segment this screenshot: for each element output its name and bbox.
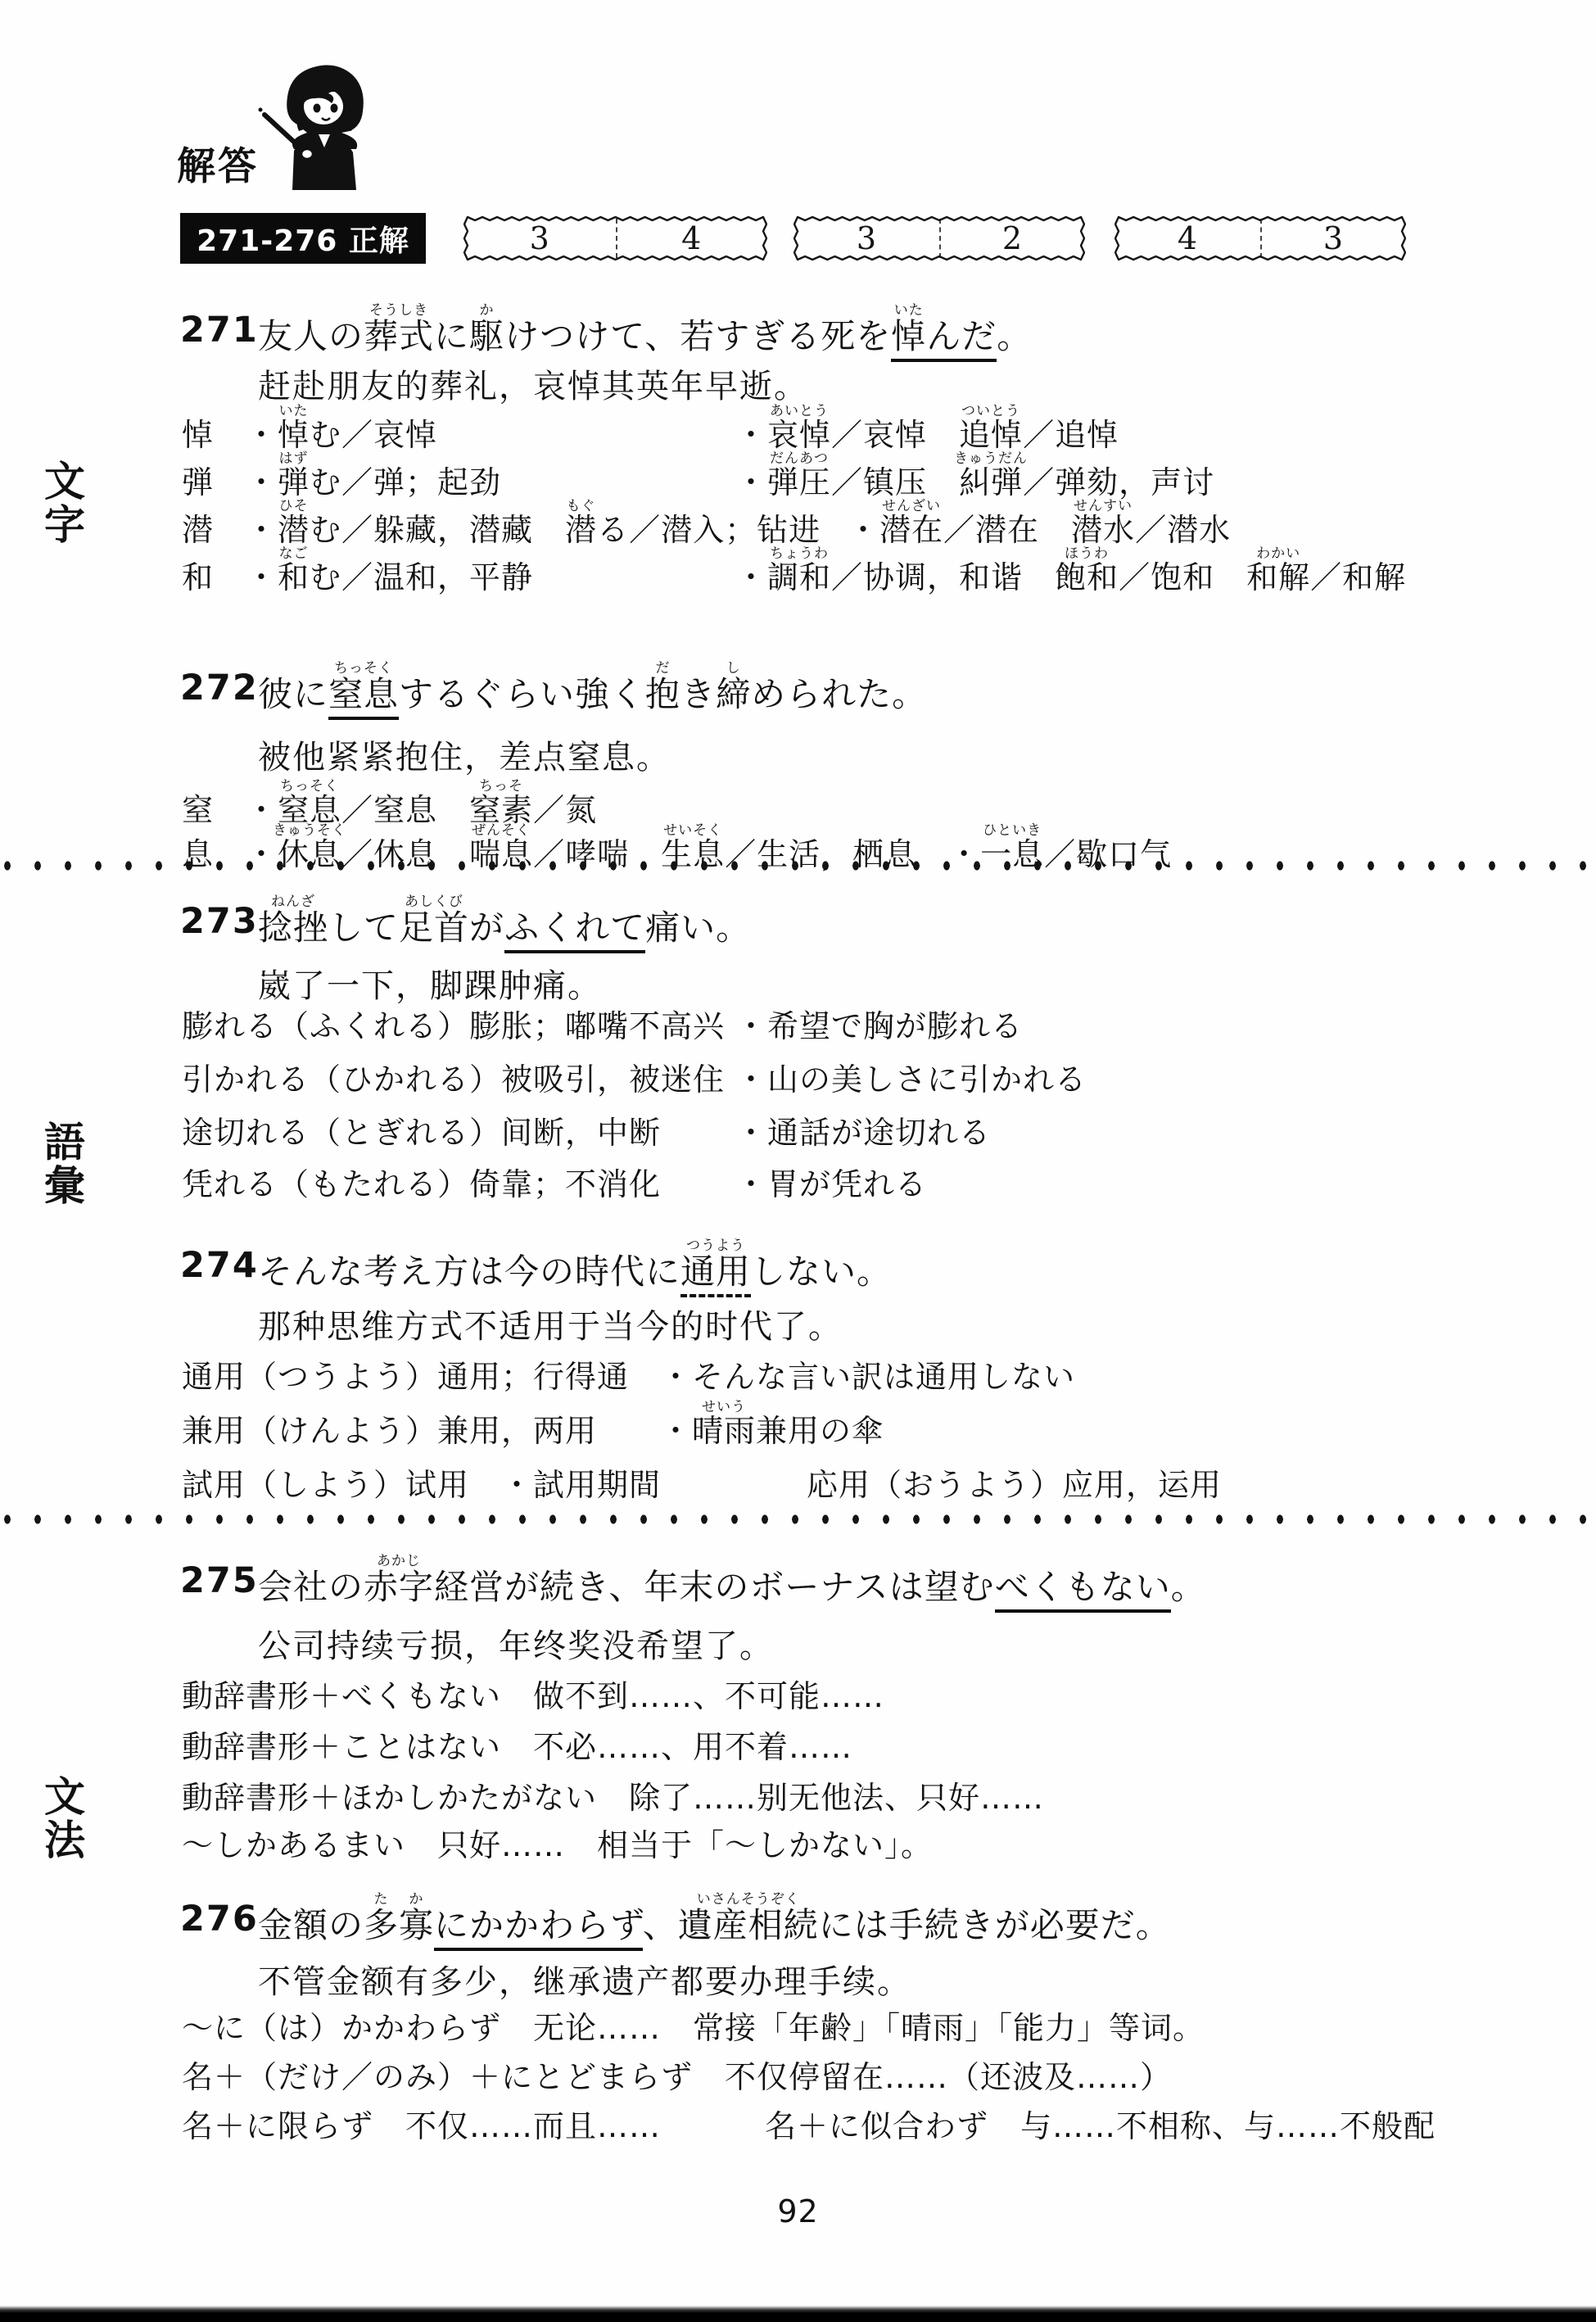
vocab-col: 兼用（けんよう）兼用，两用	[182, 1405, 597, 1451]
scanned-textbook-page: 解答 271-276 正解 3 4 3 2 4 3	[0, 0, 1596, 2322]
sidebar-label-vocabulary: 語彙	[41, 1121, 88, 1208]
answer-cell-divider	[939, 219, 941, 258]
question-sentence: そんな考え方は今の時代に通用つうようしない。	[258, 1245, 892, 1294]
answer-value-271: 3	[463, 213, 616, 264]
translation-272: 被他紧紧抱住，差点窒息。	[258, 731, 1596, 778]
vocab-example: ・希望で胸が膨れる	[735, 1001, 1023, 1046]
sidebar-label-characters: 文字	[41, 460, 88, 547]
scan-bottom-edge	[0, 2306, 1596, 2322]
question-number: 271	[180, 310, 259, 351]
vocab-col: 試用（しよう）试用 ・試用期間	[182, 1460, 661, 1505]
vocab-col: ・和なごむ／温和，平静	[246, 552, 533, 597]
vocab-col: 途切れる（とぎれる）间断，中断	[182, 1107, 661, 1152]
vocab-headword: 潜	[182, 505, 214, 550]
vocab-example: ・晴雨せいう兼用の傘	[660, 1405, 884, 1451]
answer-value-275: 4	[1114, 213, 1260, 264]
grammar-line: 動辞書形＋べくもない 做不到……、不可能……	[182, 1671, 1596, 1716]
vocab-example: ・山の美しさに引かれる	[735, 1054, 1087, 1099]
answer-range-label: 271-276 正解	[180, 213, 426, 264]
grammar-col: 名＋に限らず 不仅……而且……	[182, 2101, 661, 2146]
grammar-line: ～しかあるまい 只好…… 相当于「～しかない」。	[182, 1820, 1596, 1865]
question-sentence: 会社の赤字あかじ経営が続き、年末のボーナスは望むべくもない。	[258, 1560, 1206, 1609]
answer-value-274: 2	[939, 213, 1085, 264]
vocab-col: ・潜ひそむ／躲藏，潜藏 潜もぐる／潜入；钻进	[246, 505, 821, 550]
question-number: 272	[180, 668, 259, 708]
sidebar-label-grammar: 文法	[41, 1776, 88, 1863]
answer-cell-divider	[616, 219, 617, 258]
question-sentence: 彼に窒息ちっそくするぐらい強く抱だき締しめられた。	[258, 668, 927, 717]
question-number: 273	[180, 901, 259, 942]
question-sentence: 金額の多た寡かにかかわらず、遺産相続いさんそうぞくには手続きが必要だ。	[258, 1899, 1171, 1948]
answer-value-273: 3	[793, 213, 939, 264]
vocab-col: 凭れる（もたれる）倚靠；不消化	[182, 1159, 661, 1204]
translation-273: 崴了一下，脚踝肿痛。	[258, 960, 1596, 1007]
vocab-example: ・そんな言い訳は通用しない	[660, 1351, 1075, 1396]
question-sentence: 捻挫ねんざして足首あしくびがふくれて痛い。	[258, 901, 751, 950]
vocab-headword: 悼	[182, 410, 214, 455]
grammar-line: 動辞書形＋ことはない 不必……、用不着……	[182, 1722, 1596, 1767]
vocab-col: ・弾圧だんあつ／镇压 糾弾きゅうだん／弹劾，声讨	[735, 457, 1214, 502]
vocab-col: 膨れる（ふくれる）膨胀；嘟嘴不高兴	[182, 1001, 725, 1046]
vocab-headword: 和	[182, 552, 214, 597]
question-number: 276	[180, 1899, 259, 1940]
vocab-col: ・弾はずむ／弹；起劲	[246, 457, 501, 502]
vocab-col: ・調和ちょうわ／协调，和谐 飽和ほうわ／饱和 和解わかい／和解	[735, 552, 1406, 597]
answer-box-2: 3 2	[793, 213, 1085, 264]
vocab-headword: 弾	[182, 457, 214, 502]
teacher-girl-illustration	[254, 61, 377, 190]
vocab-example: ・通話が途切れる	[735, 1107, 991, 1152]
answer-box-1: 3 4	[463, 213, 767, 264]
answer-value-276: 3	[1260, 213, 1406, 264]
vocab-col: ・潜在せんざい／潜在 潜水せんすい／潜水	[848, 505, 1231, 550]
translation-271: 赶赴朋友的葬礼，哀悼其英年早逝。	[258, 360, 1596, 407]
translation-274: 那种思维方式不适用于当今的时代了。	[258, 1301, 1596, 1347]
answer-box-3: 4 3	[1114, 213, 1406, 264]
grammar-line: 名＋（だけ／のみ）＋にとどまらず 不仅停留在……（还波及……）	[182, 2052, 1596, 2097]
answer-cell-divider	[1260, 219, 1262, 258]
vocab-col: ・哀悼あいとう／哀悼 追悼ついとう／追悼	[735, 410, 1119, 455]
page-number: 92	[0, 2193, 1596, 2229]
vocab-col: 応用（おうよう）应用，运用	[807, 1460, 1222, 1505]
vocab-col: ・悼いたむ／哀悼	[246, 410, 437, 455]
vocab-col: 引かれる（ひかれる）被吸引，被迷住	[182, 1054, 725, 1099]
dotted-separator	[0, 1512, 1596, 1527]
grammar-col: 名＋に似合わず 与……不相称、与……不般配	[765, 2101, 1435, 2146]
question-number: 274	[180, 1245, 259, 1286]
vocab-col: 通用（つうよう）通用；行得通	[182, 1351, 629, 1396]
translation-275: 公司持续亏损，年终奖没希望了。	[258, 1620, 1596, 1667]
dotted-separator	[0, 858, 1596, 873]
grammar-line: ～に（は）かかわらず 无论…… 常接「年齢」「晴雨」「能力」等词。	[182, 2003, 1596, 2048]
answer-value-272: 4	[616, 213, 768, 264]
grammar-line: 動辞書形＋ほかしかたがない 除了……别无他法、只好……	[182, 1772, 1596, 1817]
question-number: 275	[180, 1560, 259, 1601]
vocab-example: ・胃が凭れる	[735, 1159, 927, 1204]
question-sentence: 友人の葬式そうしきに駆かけつけて、若すぎる死を悼いたんだ。	[258, 310, 1032, 359]
page-title: 解答	[177, 136, 259, 191]
vocab-headword: 窒	[182, 785, 214, 830]
translation-276: 不管金额有多少，继承遗产都要办理手续。	[258, 1956, 1596, 2003]
